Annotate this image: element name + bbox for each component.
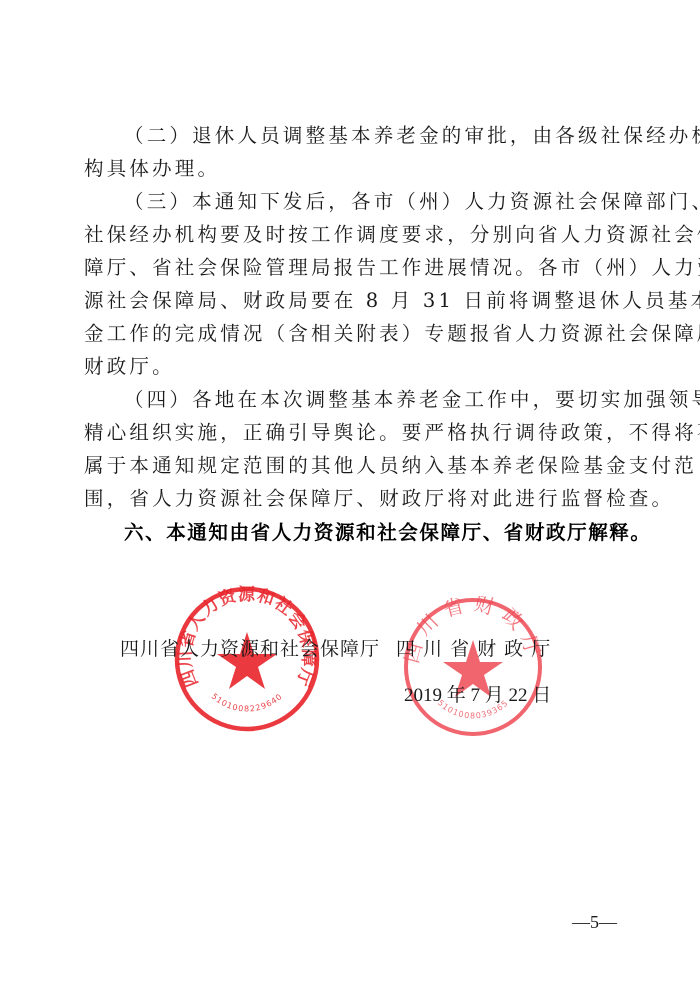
svg-text:5101008229640: 5101008229640: [210, 692, 285, 714]
document-page: （二）退休人员调整基本养老金的审批，由各级社保经办机 构具体办理。 （三）本通知…: [0, 0, 700, 990]
paragraph-3-line-6: 财政厅。: [84, 355, 624, 379]
paragraph-4-line-1: （四）各地在本次调整基本养老金工作中，要切实加强领导，: [124, 388, 664, 412]
paragraph-3-line-3: 障厅、省社会保险管理局报告工作进展情况。各市（州）人力资: [84, 256, 624, 280]
paragraph-2-line-1: （二）退休人员调整基本养老金的审批，由各级社保经办机: [124, 124, 664, 148]
paragraph-4-line-2: 精心组织实施，正确引导舆论。要严格执行调待政策，不得将不: [84, 421, 624, 445]
signature-date: 2019 年 7 月 22 日: [404, 680, 551, 707]
paragraph-2-line-2: 构具体办理。: [84, 157, 624, 181]
paragraph-4-line-4: 围，省人力资源社会保障厅、财政厅将对此进行监督检查。: [84, 487, 624, 511]
paragraph-4-line-3: 属于本通知规定范围的其他人员纳入基本养老保险基金支付范: [84, 454, 624, 478]
official-seal-finance-icon: 四川省财政厅 5101008039365: [402, 596, 544, 738]
signature-org-finance: 四 川 省 财 政 厅: [396, 634, 551, 661]
paragraph-3-line-4: 源社会保障局、财政局要在 8 月 31 日前将调整退休人员基本养老: [84, 289, 624, 313]
page-number: —5—: [572, 912, 617, 933]
paragraph-3-line-5: 金工作的完成情况（含相关附表）专题报省人力资源社会保障厅、: [84, 322, 624, 346]
paragraph-3-line-1: （三）本通知下发后，各市（州）人力资源社会保障部门、: [124, 190, 664, 214]
signature-org-hrss: 四川省人力资源和社会保障厅: [120, 634, 380, 661]
paragraph-6-heading: 六、本通知由省人力资源和社会保障厅、省财政厅解释。: [124, 521, 664, 545]
paragraph-3-line-2: 社保经办机构要及时按工作调度要求，分别向省人力资源社会保: [84, 223, 624, 247]
